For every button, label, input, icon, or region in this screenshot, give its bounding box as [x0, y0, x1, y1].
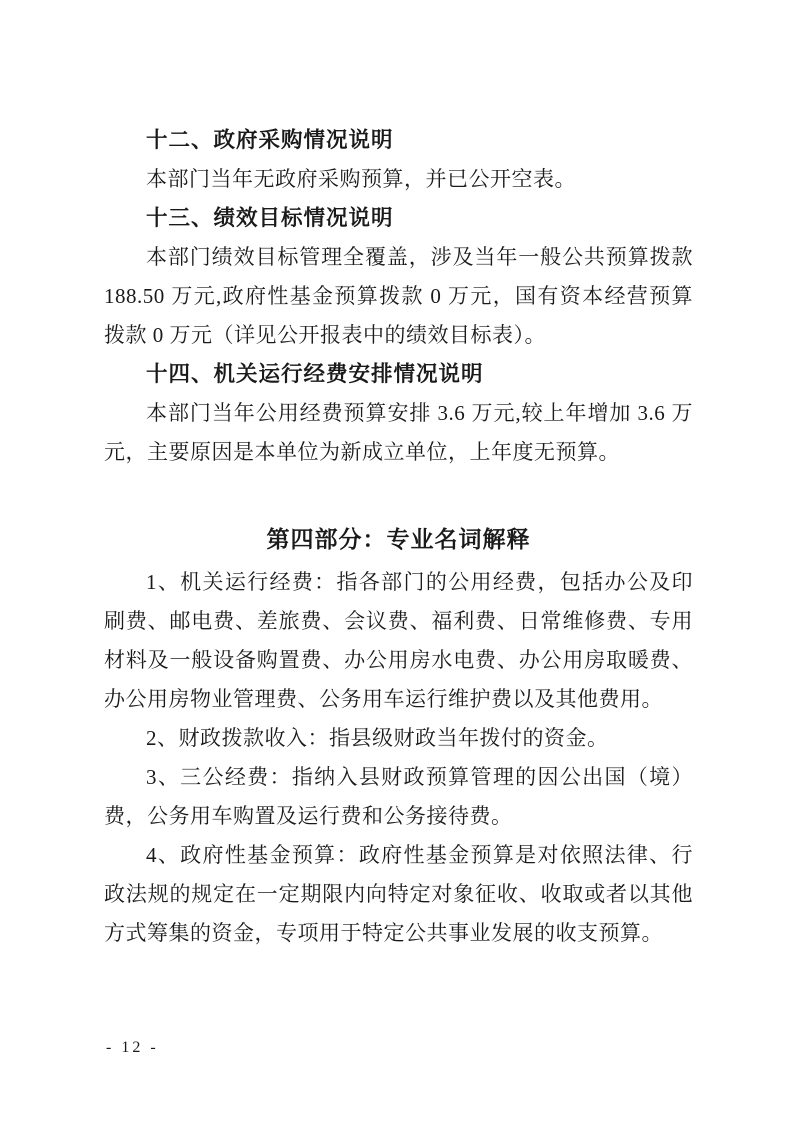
document-page: 十二、政府采购情况说明 本部门当年无政府采购预算，并已公开空表。 十三、绩效目标… [0, 0, 793, 1122]
section-heading-13: 十三、绩效目标情况说明 [104, 199, 693, 238]
part4-title: 第四部分：专业名词解释 [104, 520, 693, 560]
section-heading-14: 十四、机关运行经费安排情况说明 [104, 355, 693, 394]
paragraph-term-4-government-fund-budget: 4、政府性基金预算：政府性基金预算是对依照法律、行政法规的规定在一定期限内向特定… [104, 836, 693, 953]
paragraph-term-2-fiscal-appropriation: 2、财政拨款收入：指县级财政当年拨付的资金。 [104, 719, 693, 758]
paragraph-procurement: 本部门当年无政府采购预算，并已公开空表。 [104, 160, 693, 199]
section-heading-12: 十二、政府采购情况说明 [104, 121, 693, 160]
paragraph-term-3-three-public-expenses: 3、三公经费：指纳入县财政预算管理的因公出国（境）费，公务用车购置及运行费和公务… [104, 758, 693, 836]
paragraph-term-1-operating-funds: 1、机关运行经费：指各部门的公用经费，包括办公及印刷费、邮电费、差旅费、会议费、… [104, 563, 693, 719]
document-content: 十二、政府采购情况说明 本部门当年无政府采购预算，并已公开空表。 十三、绩效目标… [104, 121, 693, 953]
paragraph-performance-targets: 本部门绩效目标管理全覆盖，涉及当年一般公共预算拨款 188.50 万元,政府性基… [104, 238, 693, 355]
page-number: - 12 - [106, 1038, 159, 1058]
paragraph-operating-expense: 本部门当年公用经费预算安排 3.6 万元,较上年增加 3.6 万元，主要原因是本… [104, 394, 693, 472]
